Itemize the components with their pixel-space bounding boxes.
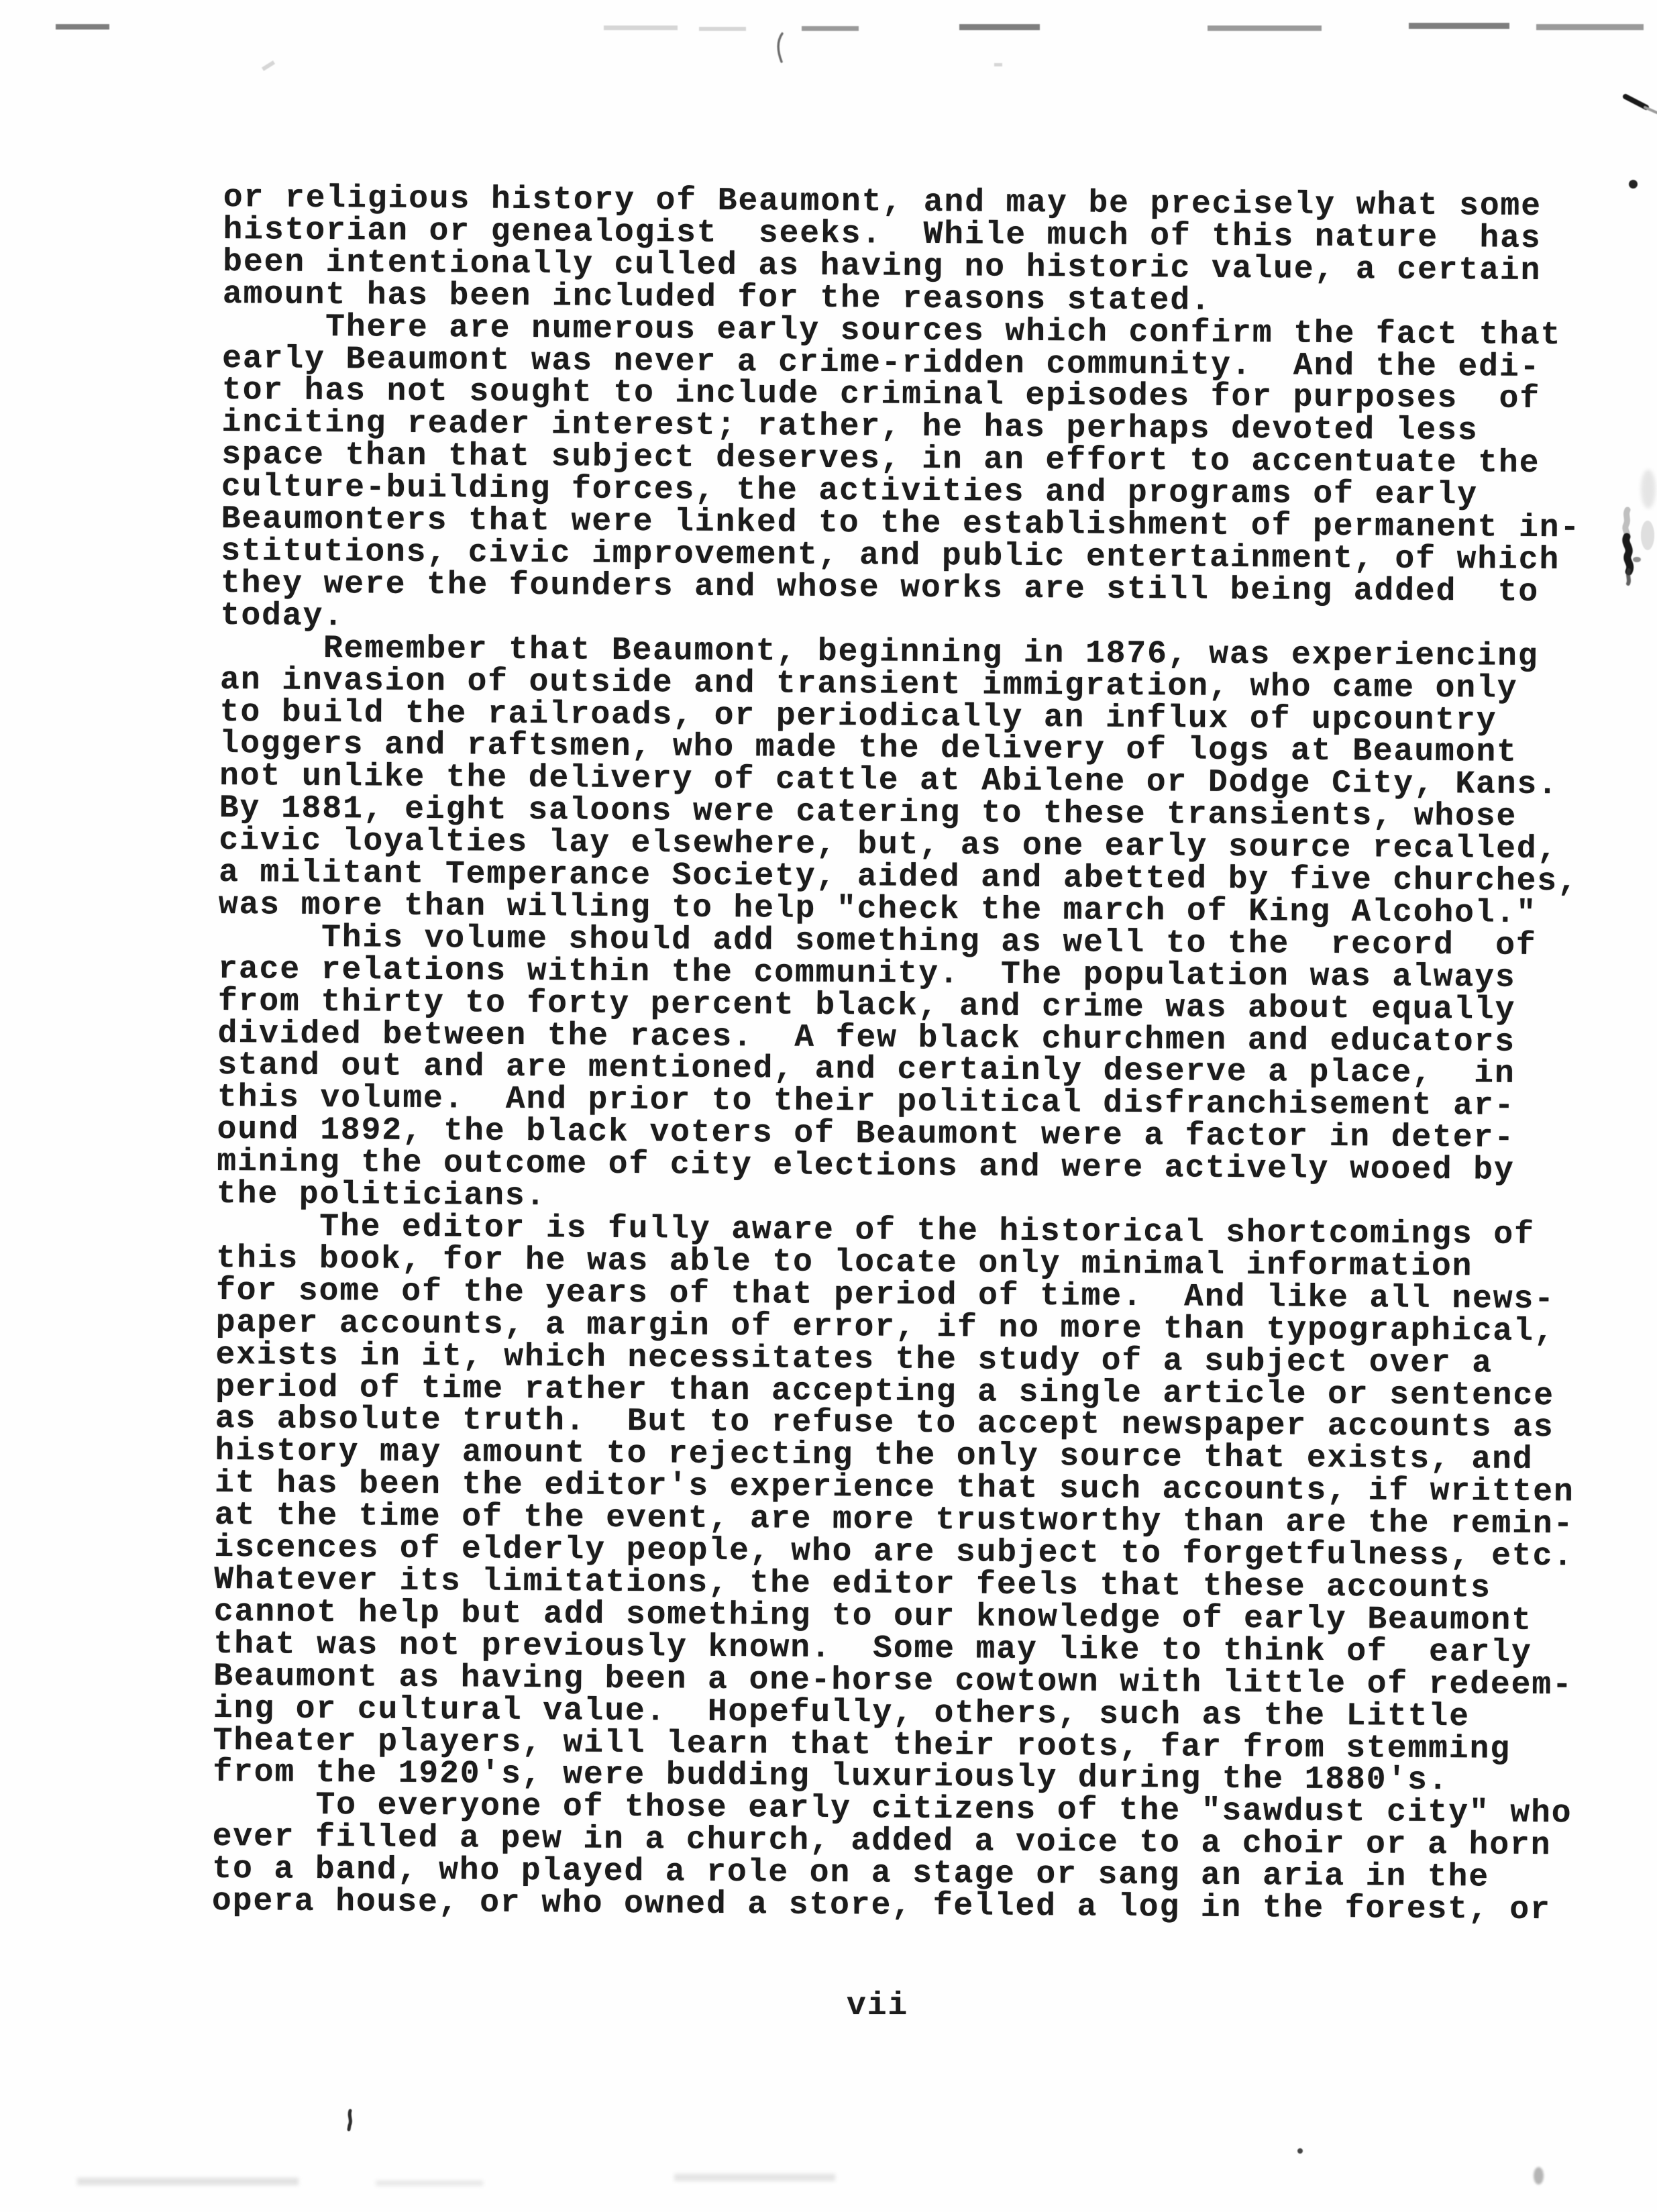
page-number: vii: [847, 1990, 908, 2022]
scan-artifact-speck: [994, 63, 1002, 66]
scan-artifact-smudge: [1534, 2167, 1544, 2184]
scan-artifact-top-dash: [959, 24, 1040, 30]
scan-artifact-bottom-smudge: [376, 2180, 483, 2186]
preface-body-text: or religious history of Beaumont, and ma…: [212, 182, 1583, 1927]
scan-artifact-top-dash: [1536, 24, 1644, 30]
scan-artifact-tick: [262, 60, 275, 71]
scan-artifact-top-dash: [604, 25, 678, 30]
scan-artifact-diagonal-stroke: [1623, 93, 1657, 117]
scan-artifact-hook: [773, 32, 789, 63]
scan-artifact-top-dash: [56, 24, 109, 30]
scan-artifact-ink-squiggle: [1613, 509, 1657, 589]
scan-artifact-smudge: [1641, 470, 1656, 509]
scan-artifact-top-dash: [1208, 25, 1322, 31]
scan-artifact-top-dash: [802, 26, 859, 31]
scan-artifact-bottom-smudge: [674, 2174, 835, 2181]
scan-artifact-dot: [1629, 180, 1638, 189]
scan-artifact-dot: [1297, 2148, 1303, 2154]
scan-artifact-bottom-tick: [343, 2109, 357, 2131]
scanned-page: or religious history of Beaumont, and ma…: [0, 0, 1657, 2212]
scan-artifact-bottom-smudge: [77, 2178, 299, 2185]
scan-artifact-top-dash: [699, 27, 746, 31]
scan-artifact-top-dash: [1409, 23, 1509, 29]
